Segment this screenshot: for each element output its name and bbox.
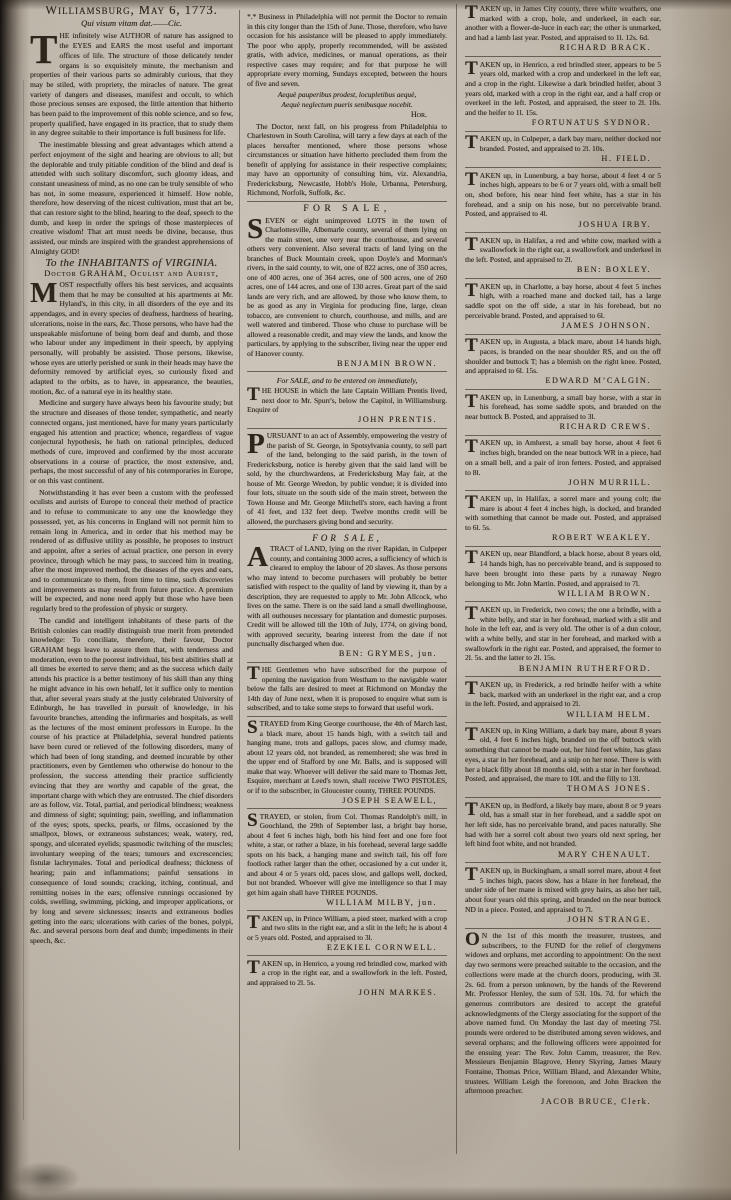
article-body: THE Gentlemen who have subscribed for th…: [247, 665, 447, 713]
drop-cap: T: [465, 283, 480, 299]
page-edge-shadow: [0, 1186, 731, 1200]
article: TAKEN up, in Culpeper, a dark bay mare, …: [465, 131, 661, 164]
drop-cap: M: [30, 281, 59, 305]
signature: JOHN MURRILL.: [465, 478, 661, 488]
drop-cap: T: [465, 867, 480, 883]
signature: JOSEPH SEAWELL,: [247, 796, 447, 806]
article-text: AKEN up, in Augusta, a black mare, about…: [465, 337, 661, 375]
article: STRAYED from King George courthouse, the…: [247, 716, 447, 806]
article: ON the 1st of this month the treasurer, …: [465, 928, 661, 1107]
article-body: The inestimable blessing and great advan…: [30, 140, 233, 256]
article: FOR SALE, ATRACT of LAND, lying on the r…: [247, 529, 447, 659]
article-body: TAKEN up, in Frederick, two cows; the on…: [465, 605, 661, 663]
article: TAKEN up, in Amherst, a small bay horse,…: [465, 435, 661, 488]
article-text: AKEN up, in Frederick, two cows; the one…: [465, 605, 661, 663]
article: TAKEN up, in Lunenburg, a small bay hors…: [465, 389, 661, 432]
column-middle: *.* Business in Philadelphia will not pe…: [247, 12, 447, 1168]
signature: BENJAMIN RUTHERFORD.: [465, 664, 661, 674]
article-text: The inestimable blessing and great advan…: [30, 140, 233, 256]
signature: BEN: BOXLEY.: [465, 265, 661, 275]
article-body: PURSUANT to an act of Assembly, empoweri…: [247, 431, 447, 526]
article: To the INHABITANTS of VIRGINIA. Doctor G…: [30, 259, 233, 397]
signature: JOHN STRANGE.: [465, 915, 661, 925]
signature: WILLIAM BROWN.: [465, 589, 661, 599]
drop-cap: T: [465, 61, 480, 77]
binding-shadow: [0, 0, 30, 1200]
drop-cap: T: [465, 394, 480, 410]
article-text: AKEN up, in Amherst, a small bay horse, …: [465, 438, 661, 476]
article: TAKEN up, in Henrico, a red brindled ste…: [465, 56, 661, 128]
article-text: AKEN up, in Buckingham, a small sorrel m…: [465, 866, 661, 914]
drop-cap: T: [465, 135, 480, 151]
verse-attribution: Hor.: [247, 110, 447, 120]
article-list-middle: *.* Business in Philadelphia will not pe…: [247, 12, 447, 997]
article-list-left: THE infinitely wise AUTHOR of nature has…: [30, 31, 233, 945]
article-body: STRAYED from King George courthouse, the…: [247, 719, 447, 795]
article-body: STRAYED, or stolen, from Col. Thomas Ran…: [247, 812, 447, 898]
article-body: Notwithstanding it has ever been a custo…: [30, 488, 233, 614]
article-body: TAKEN up, in Halifax, a red and white co…: [465, 236, 661, 265]
article: For SALE, and to be entered on immediate…: [247, 371, 447, 425]
signature: JOSHUA IRBY.: [465, 220, 661, 230]
signature: JACOB BRUCE, Clerk.: [465, 1097, 661, 1107]
article-text: TRAYED, or stolen, from Col. Thomas Rand…: [247, 812, 447, 897]
paper-stain: [671, 0, 731, 1200]
article-body: TAKEN up, in Charlotte, a bay horse, abo…: [465, 282, 661, 321]
article-body: MOST respectfully offers his best servic…: [30, 280, 233, 396]
article-text: AKEN up, in Frederick, a red brindle hei…: [465, 680, 661, 708]
article-text: TRAYED from King George courthouse, the …: [247, 719, 447, 795]
signature: MARY CHENAULT.: [465, 850, 661, 860]
article-text: HE HOUSE in which the late Captain Willi…: [247, 386, 447, 414]
article-body: TAKEN up, near Blandford, a black horse,…: [465, 549, 661, 588]
article-text: HE infinitely wise AUTHOR of nature has …: [30, 31, 233, 137]
article-body: TAKEN up, in Lunenburg, a small bay hors…: [465, 393, 661, 422]
article-text: AKEN up, in Culpeper, a dark bay mare, n…: [480, 134, 661, 153]
article-body: TAKEN up, in Frederick, a red brindle he…: [465, 680, 661, 709]
article-body: ON the 1st of this month the treasurer, …: [465, 931, 661, 1096]
article: TAKEN up, in Buckingham, a small sorrel …: [465, 862, 661, 924]
article-heading: To the INHABITANTS of VIRGINIA.: [30, 259, 233, 269]
article-heading: For SALE, and to be entered on immediate…: [247, 376, 447, 386]
article: THE Gentlemen who have subscribed for th…: [247, 662, 447, 713]
article: The Doctor, next fall, on his progress f…: [247, 122, 447, 198]
drop-cap: S: [247, 813, 260, 829]
article: TAKEN up, near Blandford, a black horse,…: [465, 546, 661, 599]
article-text: The candid and intelligent inhabitants o…: [30, 616, 233, 945]
drop-cap: S: [247, 720, 260, 736]
article-body: TAKEN up, in Henrico, a young red brindl…: [247, 959, 447, 988]
article-text: OST respectfully offers his best service…: [30, 280, 233, 396]
drop-cap: S: [247, 217, 265, 241]
signature: THOMAS JONES.: [465, 784, 661, 794]
newspaper-page: Williamsburg, May 6, 1773. Qui visum vit…: [0, 0, 731, 1200]
signature: WILLIAM MILBY, jun.: [247, 898, 447, 908]
article: The inestimable blessing and great advan…: [30, 140, 233, 256]
article-body: SEVEN or eight unimproved LOTS in the to…: [247, 216, 447, 359]
article-subheading: Doctor GRAHAM, Oculist and Aurist,: [30, 269, 233, 279]
drop-cap: T: [465, 550, 480, 566]
article: THE infinitely wise AUTHOR of nature has…: [30, 31, 233, 138]
article: Notwithstanding it has ever been a custo…: [30, 488, 233, 614]
signature: FORTUNATUS SYDNOR.: [465, 118, 661, 128]
article-list-right: TAKEN up, in James City county, three wh…: [465, 4, 661, 1106]
article: Aequè pauperibus prodest, locupletibus a…: [247, 90, 447, 120]
drop-cap: T: [247, 666, 262, 682]
article-text: AKEN up, in Lunenburg, a small bay horse…: [465, 393, 661, 421]
article: TAKEN up, in Halifax, a red and white co…: [465, 232, 661, 275]
article-body: Medicine and surgery have always been hi…: [30, 398, 233, 485]
signature: WILLIAM HELM.: [465, 710, 661, 720]
article: The candid and intelligent inhabitants o…: [30, 616, 233, 946]
article-text: *.* Business in Philadelphia will not pe…: [247, 12, 447, 88]
drop-cap: P: [247, 432, 267, 456]
article: TAKEN up, in Lunenburg, a bay horse, abo…: [465, 167, 661, 229]
article-text: URSUANT to an act of Assembly, empowerin…: [247, 431, 447, 526]
article: TAKEN up, in Frederick, two cows; the on…: [465, 601, 661, 673]
drop-cap: T: [465, 681, 480, 697]
article-body: TAKEN up, in Culpeper, a dark bay mare, …: [465, 134, 661, 153]
article: TAKEN up, in Prince William, a pied stee…: [247, 910, 447, 952]
article: TAKEN up, in Frederick, a red brindle he…: [465, 676, 661, 719]
article-body: The candid and intelligent inhabitants o…: [30, 616, 233, 946]
drop-cap: O: [465, 932, 482, 948]
motto: Qui visum vitam dat.——Cic.: [30, 19, 233, 29]
article-text: AKEN up, in Prince William, a pied steer…: [247, 914, 447, 942]
article: PURSUANT to an act of Assembly, empoweri…: [247, 428, 447, 527]
drop-cap: T: [465, 439, 480, 455]
drop-cap: T: [465, 495, 480, 511]
drop-cap: A: [247, 545, 270, 569]
article: TAKEN up, in Bedford, a likely bay mare,…: [465, 797, 661, 859]
article-body: The Doctor, next fall, on his progress f…: [247, 122, 447, 198]
article: FOR SALE, SEVEN or eight unimproved LOTS…: [247, 201, 447, 369]
drop-cap: T: [465, 727, 480, 743]
signature: RICHARD BRACK.: [465, 43, 661, 53]
article-body: TAKEN up, in Augusta, a black mare, abou…: [465, 337, 661, 376]
article-text: AKEN up, in Henrico, a young red brindle…: [247, 959, 447, 987]
article-body: ATRACT of LAND, lying on the river Rapid…: [247, 544, 447, 649]
signature: BEN: GRYMES, jun.: [247, 649, 447, 659]
article-text: Medicine and surgery have always been hi…: [30, 398, 233, 485]
article-text: Notwithstanding it has ever been a custo…: [30, 488, 233, 613]
drop-cap: T: [30, 33, 59, 66]
drop-cap: T: [465, 338, 480, 354]
article-body: TAKEN up, in Bedford, a likely bay mare,…: [465, 801, 661, 850]
article-text: AKEN up, in Halifax, a sorrel mare and y…: [465, 494, 661, 532]
signature: EZEKIEL CORNWELL.: [247, 943, 447, 953]
article: TAKEN up, in Halifax, a sorrel mare and …: [465, 490, 661, 543]
article-body: TAKEN up, in King William, a dark bay ma…: [465, 726, 661, 784]
signature: RICHARD CREWS.: [465, 422, 661, 432]
article-body: *.* Business in Philadelphia will not pe…: [247, 12, 447, 88]
article: TAKEN up, in Augusta, a black mare, abou…: [465, 334, 661, 387]
article-heading: FOR SALE,: [247, 534, 447, 544]
column-divider: [456, 4, 457, 1154]
drop-cap: T: [465, 172, 480, 188]
article-text: N the 1st of this month the treasurer, t…: [465, 931, 661, 1095]
article-text: AKEN up, in Halifax, a red and white cow…: [465, 236, 661, 264]
article-body: TAKEN up, in Prince William, a pied stee…: [247, 914, 447, 943]
article-text: The Doctor, next fall, on his progress f…: [247, 122, 447, 198]
article-body: TAKEN up, in Lunenburg, a bay horse, abo…: [465, 171, 661, 220]
signature: ROBERT WEAKLEY.: [465, 533, 661, 543]
article-text: AKEN up, in King William, a dark bay mar…: [465, 726, 661, 784]
article: Medicine and surgery have always been hi…: [30, 398, 233, 485]
article-body: TAKEN up, in Buckingham, a small sorrel …: [465, 866, 661, 915]
article: TAKEN up, in James City county, three wh…: [465, 4, 661, 53]
column-left: Williamsburg, May 6, 1773. Qui visum vit…: [30, 6, 233, 1174]
drop-cap: T: [247, 960, 262, 976]
signature: H. FIELD.: [465, 154, 661, 164]
drop-cap: T: [465, 802, 480, 818]
signature: JOHN PRENTIS.: [247, 415, 447, 425]
article-text: AKEN up, in Henrico, a red brindled stee…: [465, 60, 661, 118]
article: TAKEN up, in Charlotte, a bay horse, abo…: [465, 278, 661, 331]
article-text: HE Gentlemen who have subscribed for the…: [247, 665, 447, 712]
drop-cap: T: [247, 915, 262, 931]
article-text: EVEN or eight unimproved LOTS in the tow…: [247, 216, 447, 358]
article-text: AKEN up, in Bedford, a likely bay mare, …: [465, 801, 661, 849]
signature: JOHN MARKES.: [247, 988, 447, 998]
article-text: AKEN up, near Blandford, a black horse, …: [465, 549, 661, 587]
column-divider: [239, 10, 240, 1150]
signature: BENJAMIN BROWN.: [247, 359, 447, 369]
page-edge-shadow: [0, 0, 731, 10]
article: TAKEN up, in Henrico, a young red brindl…: [247, 955, 447, 997]
signature: EDWARD MʼCALGIN.: [465, 376, 661, 386]
verse: Aequè pauperibus prodest, locupletibus a…: [247, 90, 447, 109]
article-body: TAKEN up, in Henrico, a red brindled ste…: [465, 60, 661, 118]
article: STRAYED, or stolen, from Col. Thomas Ran…: [247, 808, 447, 907]
article-body: TAKEN up, in Amherst, a small bay horse,…: [465, 438, 661, 477]
drop-cap: T: [247, 387, 262, 403]
column-right: TAKEN up, in James City county, three wh…: [465, 4, 661, 1172]
article-body: THE HOUSE in which the late Captain Will…: [247, 386, 447, 415]
article-heading: FOR SALE,: [247, 205, 447, 215]
article-text: AKEN up, in Lunenburg, a bay horse, abou…: [465, 171, 661, 219]
article-body: THE infinitely wise AUTHOR of nature has…: [30, 31, 233, 138]
drop-cap: T: [465, 606, 480, 622]
article-text: AKEN up, in Charlotte, a bay horse, abou…: [465, 282, 661, 320]
article-body: TAKEN up, in Halifax, a sorrel mare and …: [465, 494, 661, 533]
article-text: TRACT of LAND, lying on the river Rapida…: [247, 544, 447, 648]
drop-cap: T: [465, 237, 480, 253]
signature: JAMES JOHNSON.: [465, 321, 661, 331]
article: *.* Business in Philadelphia will not pe…: [247, 12, 447, 88]
article: TAKEN up, in King William, a dark bay ma…: [465, 722, 661, 794]
